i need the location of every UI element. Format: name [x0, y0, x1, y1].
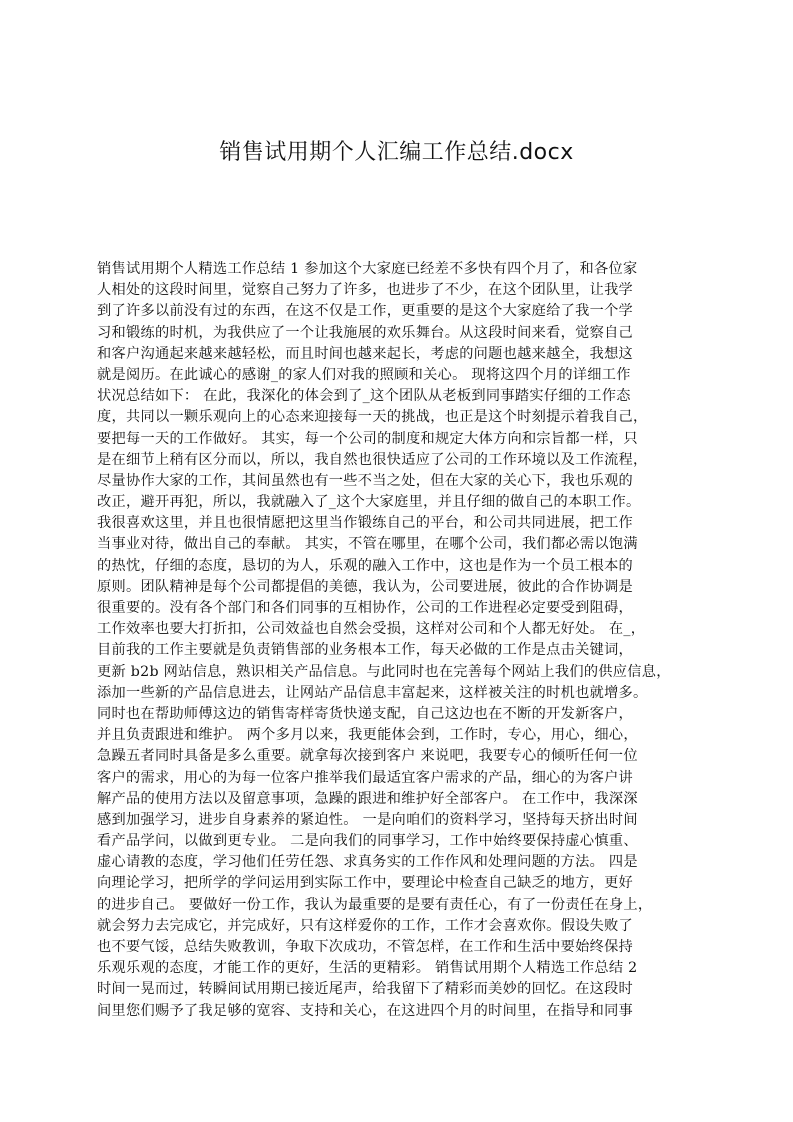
- body-line: 人相处的这段时间里，觉察自己努力了许多，也进步了不少，在这个团队里，让我学: [97, 280, 717, 301]
- body-line: 并且负责跟进和维护。 两个多月以来，我更能体会到，工作时，专心，用心，细心，: [97, 725, 717, 746]
- body-line: 解产品的使用方法以及留意事项，急躁的跟进和维护好全部客户。 在工作中，我深深: [97, 789, 717, 810]
- body-line: 尽量协作大家的工作，其间虽然也有一些不当之处，但在大家的关心下，我也乐观的: [97, 471, 717, 492]
- body-line: 习和锻练的时机，为我供应了一个让我施展的欢乐舞台。从这段时间来看，觉察自己: [97, 323, 717, 344]
- body-line: 很重要的。没有各个部门和各们同事的互相协作，公司的工作进程必定要受到阻碍，: [97, 598, 717, 619]
- body-line: 原则。团队精神是每个公司都提倡的美德，我认为，公司要进展，彼此的合作协调是: [97, 577, 717, 598]
- body-line: 时间一晃而过，转瞬间试用期已接近尾声，给我留下了精彩而美妙的回忆。在这段时: [97, 979, 717, 1000]
- body-line: 度，共同以一颗乐观向上的心态来迎接每一天的挑战，也正是这个时刻提示着我自己，: [97, 407, 717, 428]
- document-page: 销售试用期个人汇编工作总结.docx 销售试用期个人精选工作总结 1 参加这个大…: [0, 0, 793, 1122]
- body-line: 感到加强学习，进步自身素养的紧迫性。 一是向咱们的资料学习，坚持每天挤出时间: [97, 810, 717, 831]
- body-line: 当事业对待，做出自己的奉献。 其实，不管在哪里，在哪个公司，我们都必需以饱满: [97, 534, 717, 555]
- document-title: 销售试用期个人汇编工作总结.docx: [0, 138, 793, 168]
- body-line: 改正，避开再犯，所以，我就融入了_这个大家庭里，并且仔细的做自己的本职工作。: [97, 492, 717, 513]
- body-line: 就是阅历。在此诚心的感谢_的家人们对我的照顾和关心。 现将这四个月的详细工作: [97, 365, 717, 386]
- body-line: 看产品学问，以做到更专业。 二是向我们的同事学习，工作中始终要保持虚心慎重、: [97, 831, 717, 852]
- body-line: 添加一些新的产品信息进去，让网站产品信息丰富起来，这样被关注的时机也就增多。: [97, 683, 717, 704]
- body-line: 间里您们赐予了我足够的宽容、支持和关心，在这进四个月的时间里，在指导和同事: [97, 1001, 717, 1022]
- body-line: 急躁五者同时具备是多么重要。就拿每次接到客户 来说吧，我要专心的倾听任何一位: [97, 746, 717, 767]
- body-line: 的进步自己。 要做好一份工作，我认为最重要的是要有责任心，有了一份责任在身上，: [97, 895, 717, 916]
- body-line: 工作效率也要大打折扣，公司效益也自然会受损，这样对公司和个人都无好处。 在_，: [97, 619, 717, 640]
- body-line: 我很喜欢这里，并且也很情愿把这里当作锻练自己的平台，和公司共同进展，把工作: [97, 513, 717, 534]
- body-line: 客户的需求，用心的为每一位客户推举我们最适宜客户需求的产品，细心的为客户讲: [97, 768, 717, 789]
- body-line: 乐观乐观的态度，才能工作的更好，生活的更精彩。 销售试用期个人精选工作总结 2: [97, 958, 717, 979]
- body-line: 就会努力去完成它，并完成好，只有这样爱你的工作，工作才会喜欢你。假设失败了: [97, 916, 717, 937]
- body-line: 到了许多以前没有过的东西，在这不仅是工作，更重要的是这个大家庭给了我一个学: [97, 301, 717, 322]
- body-line: 销售试用期个人精选工作总结 1 参加这个大家庭已经差不多快有四个月了，和各位家: [97, 259, 717, 280]
- body-line: 目前我的工作主要就是负责销售部的业务根本工作，每天必做的工作是点击关键词，: [97, 640, 717, 661]
- body-line: 更新 b2b 网站信息，熟识相关产品信息。与此同时也在完善每个网站上我们的供应信…: [97, 662, 717, 683]
- body-line: 向理论学习，把所学的学问运用到实际工作中，要理论中检查自己缺乏的地方，更好: [97, 873, 717, 894]
- body-line: 虚心请教的态度，学习他们任劳任怨、求真务实的工作作风和处理问题的方法。 四是: [97, 852, 717, 873]
- body-line: 也不要气馁，总结失败教训，争取下次成功，不管怎样，在工作和生活中要始终保持: [97, 937, 717, 958]
- body-line: 要把每一天的工作做好。 其实，每一个公司的制度和规定大体方向和宗旨都一样，只: [97, 429, 717, 450]
- body-line: 同时也在帮助师傅这边的销售寄样寄货快递支配，自己这边也在不断的开发新客户，: [97, 704, 717, 725]
- body-line: 是在细节上稍有区分而以，所以，我自然也很快适应了公司的工作环境以及工作流程，: [97, 450, 717, 471]
- body-line: 状况总结如下： 在此，我深化的体会到了_这个团队从老板到同事踏实仔细的工作态: [97, 386, 717, 407]
- document-body: 销售试用期个人精选工作总结 1 参加这个大家庭已经差不多快有四个月了，和各位家 …: [97, 259, 717, 1022]
- body-line: 和客户沟通起来越来越轻松，而且时间也越来起长，考虑的问题也越来越全，我想这: [97, 344, 717, 365]
- body-line: 的热忱，仔细的态度，恳切的为人，乐观的融入工作中，这也是作为一个员工根本的: [97, 556, 717, 577]
